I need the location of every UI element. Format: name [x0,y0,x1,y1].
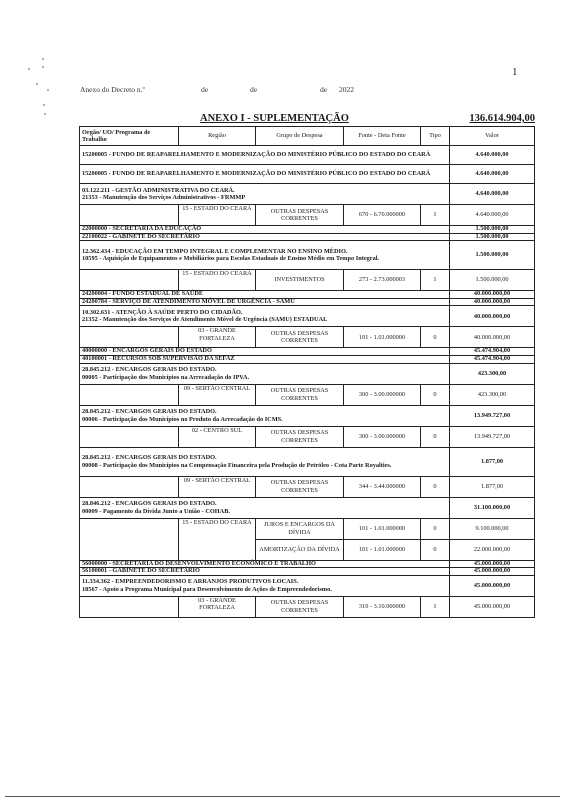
program-title: 28.845.212 - ENCARGOS GERAIS DO ESTADO. [82,366,447,373]
valor-cell: 45.474.904,00 [450,355,535,363]
scan-speck [47,89,49,91]
table-row: 22000000 - SECRETARIA DA EDUCAÇÃO1.500.0… [80,226,535,234]
decree-de-3: de [320,85,327,94]
empty-cell [80,476,179,497]
valor-cell: 4.640.000,00 [450,205,535,226]
empty-cell [80,384,179,405]
tipo-cell: 0 [421,539,450,560]
valor-cell: 1.500.000,00 [450,241,535,270]
valor-cell: 423.300,00 [450,384,535,405]
table-row: 15200005 - FUNDO DE REAPARELHAMENTO E MO… [80,146,535,165]
program-action: 00008 - Participação dos Municípios na C… [82,462,447,469]
scan-speck [44,113,46,115]
program-action: 21352 - Manutenção dos Serviços de Atend… [82,316,447,323]
table-row: 12.362.434 - EDUCAÇÃO EM TEMPO INTEGRAL … [80,241,535,270]
regiao-cell: 03 - GRANDE FORTALEZA [179,596,256,617]
table-row: 03.122.211 - GESTÃO ADMINISTRATIVA DO CE… [80,184,535,205]
table-row: 02 - CENTRO SULOUTRAS DESPESAS CORRENTES… [80,426,535,447]
program-title: 11.334.362 - EMPREENDEDORISMO E ARRANJOS… [82,578,447,585]
tipo-cell: 0 [421,518,450,539]
program-action: 00006 - Participação dos Municípios no P… [82,416,447,423]
valor-cell: 423.300,00 [450,363,535,384]
scan-speck [36,83,38,85]
valor-cell: 13.949.727,00 [450,405,535,426]
supplementation-table: Orgão/ UO/ Programa de Trabalho Região G… [79,126,535,618]
col-header-fonte: Fonte - Deta Fonte [344,127,421,146]
program-action: 18567 - Apoio a Programa Municipal para … [82,586,447,593]
regiao-cell: 15 - ESTADO DO CEARÁ [179,518,256,560]
decree-de-1: de [201,85,208,94]
regiao-cell: 15 - ESTADO DO CEARÁ [179,270,256,291]
annex-total: 136.614.904,00 [469,113,535,124]
program-title: 12.362.434 - EDUCAÇÃO EM TEMPO INTEGRAL … [82,248,447,255]
program-cell: 28.845.212 - ENCARGOS GERAIS DO ESTADO.0… [80,363,450,384]
program-cell: 28.845.212 - ENCARGOS GERAIS DO ESTADO.0… [80,405,450,426]
valor-cell: 4.640.000,00 [450,146,535,165]
unit-cell: 56100001 - GABINETE DO SECRETÁRIO [80,568,450,576]
program-action: 00009 - Pagamento da Dívida Junto a Uniã… [82,508,447,515]
regiao-cell: 02 - CENTRO SUL [179,426,256,447]
fonte-cell: 310 - 3.10.000000 [344,596,421,617]
regiao-cell: 09 - SERTÃO CENTRAL [179,384,256,405]
fonte-cell: 300 - 3.00.000000 [344,384,421,405]
page-number: 1 [512,66,518,78]
fonte-cell: 670 - 6.70.000000 [344,205,421,226]
grupo-cell: OUTRAS DESPESAS CORRENTES [256,327,344,348]
table-row: 09 - SERTÃO CENTRALOUTRAS DESPESAS CORRE… [80,476,535,497]
table-row: 09 - SERTÃO CENTRALOUTRAS DESPESAS CORRE… [80,384,535,405]
valor-cell: 45.000.000,00 [450,596,535,617]
valor-cell: 4.640.000,00 [450,165,535,184]
table-header-row: Orgão/ UO/ Programa de Trabalho Região G… [80,127,535,146]
valor-cell: 45.000.000,00 [450,568,535,576]
grupo-cell: OUTRAS DESPESAS CORRENTES [256,476,344,497]
valor-cell: 1.877,00 [450,476,535,497]
annex-title: ANEXO I - SUPLEMENTAÇÃO [200,113,349,124]
empty-cell [80,270,179,291]
col-header-valor: Valor [450,127,535,146]
col-header-regiao: Região [179,127,256,146]
table-body: 15200005 - FUNDO DE REAPARELHAMENTO E MO… [80,146,535,618]
unit-cell: 24200784 - SERVIÇO DE ATENDIMENTO MÓVEL … [80,298,450,306]
table-row: 15200005 - FUNDO DE REAPARELHAMENTO E MO… [80,165,535,184]
program-cell: 10.302.631 - ATENÇÃO À SAÚDE PERTO DO CI… [80,306,450,327]
table-row: 28.845.212 - ENCARGOS GERAIS DO ESTADO.0… [80,447,535,476]
scan-speck [43,104,45,106]
grupo-cell: AMORTIZAÇÃO DA DÍVIDA [256,539,344,560]
valor-cell: 1.500.000,00 [450,226,535,234]
table-row: 40100001 - RECURSOS SOB SUPERVISÃO DA SE… [80,355,535,363]
orgao-cell: 15200005 - FUNDO DE REAPARELHAMENTO E MO… [80,146,450,165]
grupo-cell: OUTRAS DESPESAS CORRENTES [256,384,344,405]
regiao-cell: 09 - SERTÃO CENTRAL [179,476,256,497]
valor-cell: 40.000.000,00 [450,306,535,327]
empty-cell [80,327,179,348]
table-row: 03 - GRANDE FORTALEZAOUTRAS DESPESAS COR… [80,327,535,348]
table-row: 10.302.631 - ATENÇÃO À SAÚDE PERTO DO CI… [80,306,535,327]
valor-cell: 1.500.000,00 [450,233,535,241]
table-row: 28.845.212 - ENCARGOS GERAIS DO ESTADO.0… [80,405,535,426]
valor-cell: 31.100.000,00 [450,497,535,518]
decree-year: 2022 [339,85,354,94]
empty-cell [80,596,179,617]
fonte-cell: 344 - 3.44.000000 [344,476,421,497]
regiao-cell: 03 - GRANDE FORTALEZA [179,327,256,348]
program-cell: 11.334.362 - EMPREENDEDORISMO E ARRANJOS… [80,575,450,596]
empty-cell [80,426,179,447]
fonte-cell: 300 - 3.00.000000 [344,426,421,447]
unit-cell: 22000000 - SECRETARIA DA EDUCAÇÃO [80,226,450,234]
col-header-grupo: Grupo de Despesa [256,127,344,146]
table-row: 03 - GRANDE FORTALEZAOUTRAS DESPESAS COR… [80,596,535,617]
fonte-cell: 273 - 2.73.000003 [344,270,421,291]
valor-cell: 40.000.000,00 [450,327,535,348]
scan-speck [28,68,30,70]
table-row: 15 - ESTADO DO CEARÁOUTRAS DESPESAS CORR… [80,205,535,226]
fonte-cell: 101 - 1.01.000000 [344,539,421,560]
valor-cell: 13.949.727,00 [450,426,535,447]
tipo-cell: 1 [421,596,450,617]
table-row: 28.846.212 - ENCARGOS GERAIS DO ESTADO.0… [80,497,535,518]
program-action: 21353 - Manutenção dos Serviços Administ… [82,194,447,201]
col-header-tipo: Tipo [421,127,450,146]
valor-cell: 9.100.000,00 [450,518,535,539]
empty-cell [80,205,179,226]
valor-cell: 1.500.000,00 [450,270,535,291]
program-title: 28.846.212 - ENCARGOS GERAIS DO ESTADO. [82,500,447,507]
table-row: 56100001 - GABINETE DO SECRETÁRIO45.000.… [80,568,535,576]
program-action: 10595 - Aquisição de Equipamentos e Mobi… [82,255,447,262]
grupo-cell: OUTRAS DESPESAS CORRENTES [256,205,344,226]
program-title: 03.122.211 - GESTÃO ADMINISTRATIVA DO CE… [82,187,447,194]
tipo-cell: 0 [421,384,450,405]
table-row: 24200784 - SERVIÇO DE ATENDIMENTO MÓVEL … [80,298,535,306]
program-cell: 28.846.212 - ENCARGOS GERAIS DO ESTADO.0… [80,497,450,518]
fonte-cell: 101 - 1.01.000000 [344,327,421,348]
program-cell: 28.845.212 - ENCARGOS GERAIS DO ESTADO.0… [80,447,450,476]
empty-cell [80,518,179,560]
grupo-cell: JUROS E ENCARGOS DA DÍVIDA [256,518,344,539]
col-header-orgao: Orgão/ UO/ Programa de Trabalho [80,127,179,146]
tipo-cell: 0 [421,426,450,447]
page-bottom-rule [5,796,560,797]
tipo-cell: 0 [421,327,450,348]
decree-label: Anexo do Decreto n.º [80,85,145,94]
program-title: 28.845.212 - ENCARGOS GERAIS DO ESTADO. [82,408,447,415]
tipo-cell: 1 [421,270,450,291]
orgao-cell: 15200005 - FUNDO DE REAPARELHAMENTO E MO… [80,165,450,184]
scan-speck [42,66,44,68]
unit-cell: 40100001 - RECURSOS SOB SUPERVISÃO DA SE… [80,355,450,363]
program-title: 10.302.631 - ATENÇÃO À SAÚDE PERTO DO CI… [82,309,447,316]
grupo-cell: OUTRAS DESPESAS CORRENTES [256,596,344,617]
table-row: 22100022 - GABINETE DO SECRETÁRIO1.500.0… [80,233,535,241]
valor-cell: 22.000.000,00 [450,539,535,560]
unit-cell: 22100022 - GABINETE DO SECRETÁRIO [80,233,450,241]
table-row: 28.845.212 - ENCARGOS GERAIS DO ESTADO.0… [80,363,535,384]
valor-cell: 45.000.000,00 [450,575,535,596]
valor-cell: 4.640.000,00 [450,184,535,205]
table-row: 15 - ESTADO DO CEARÁINVESTIMENTOS273 - 2… [80,270,535,291]
table-row: 15 - ESTADO DO CEARÁJUROS E ENCARGOS DA … [80,518,535,539]
valor-cell: 1.877,00 [450,447,535,476]
grupo-cell: INVESTIMENTOS [256,270,344,291]
program-cell: 03.122.211 - GESTÃO ADMINISTRATIVA DO CE… [80,184,450,205]
grupo-cell: OUTRAS DESPESAS CORRENTES [256,426,344,447]
tipo-cell: 0 [421,476,450,497]
program-cell: 12.362.434 - EDUCAÇÃO EM TEMPO INTEGRAL … [80,241,450,270]
valor-cell: 40.000.000,00 [450,298,535,306]
fonte-cell: 101 - 1.01.000000 [344,518,421,539]
scan-speck [42,58,44,60]
table-row: 11.334.362 - EMPREENDEDORISMO E ARRANJOS… [80,575,535,596]
tipo-cell: 1 [421,205,450,226]
program-title: 28.845.212 - ENCARGOS GERAIS DO ESTADO. [82,454,447,461]
decree-de-2: de [250,85,257,94]
program-action: 00005 - Participação dos Municípios na A… [82,374,447,381]
regiao-cell: 15 - ESTADO DO CEARÁ [179,205,256,226]
